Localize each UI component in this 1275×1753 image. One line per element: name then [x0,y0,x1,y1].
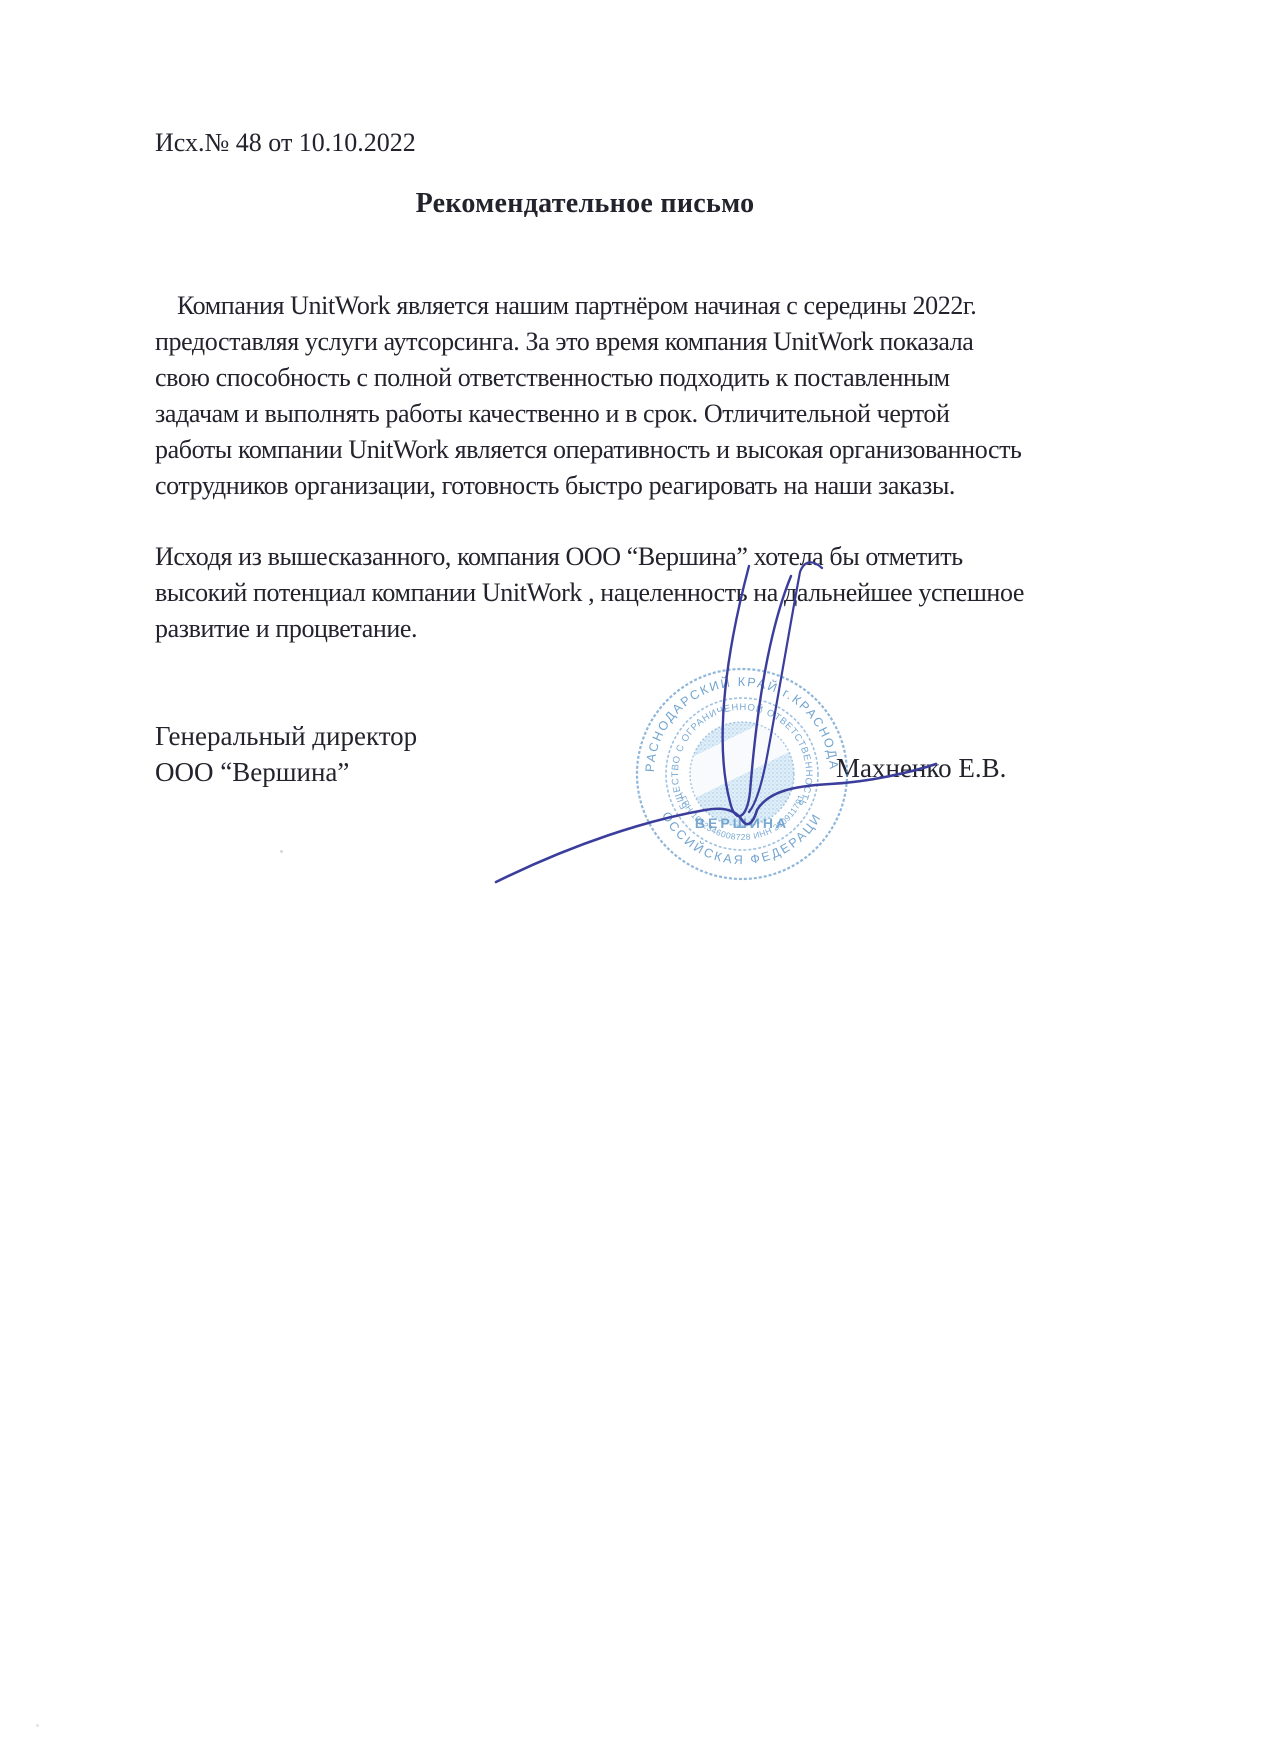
stamp-center-text: ВЕРШИНА [695,815,789,831]
page-title: Рекомендательное письмо [155,188,1015,220]
paragraph-1-line: задачам и выполнять работы качественно и… [155,396,1035,432]
stamp-and-signature-layer: КРАСНОДАРСКИЙ КРАЙ г.КРАСНОДАР РОССИЙСКА… [420,540,1020,900]
scan-artifact-dot [36,1724,39,1727]
signatory-role-line2: ООО “Вершина” [155,754,417,790]
signatory-role-line1: Генеральный директор [155,718,417,754]
scan-artifact-dot [280,850,283,853]
outgoing-ref-line: Исх.№ 48 от 10.10.2022 [155,128,416,158]
signatory-block: Генеральный директор ООО “Вершина” [155,718,417,790]
paragraph-1: Компания UnitWork является нашим партнёр… [155,288,1035,504]
paragraph-1-line: сотрудников организации, готовность быст… [155,468,1035,504]
paragraph-1-line: работы компании UnitWork является операт… [155,432,1035,468]
paragraph-1-line: Компания UnitWork является нашим партнёр… [155,288,1035,324]
paragraph-1-line: предоставляя услуги аутсорсинга. За это … [155,324,1035,360]
paragraph-1-line: свою способность с полной ответственност… [155,360,1035,396]
letter-page: Исх.№ 48 от 10.10.2022 Рекомендательное … [0,0,1275,1753]
